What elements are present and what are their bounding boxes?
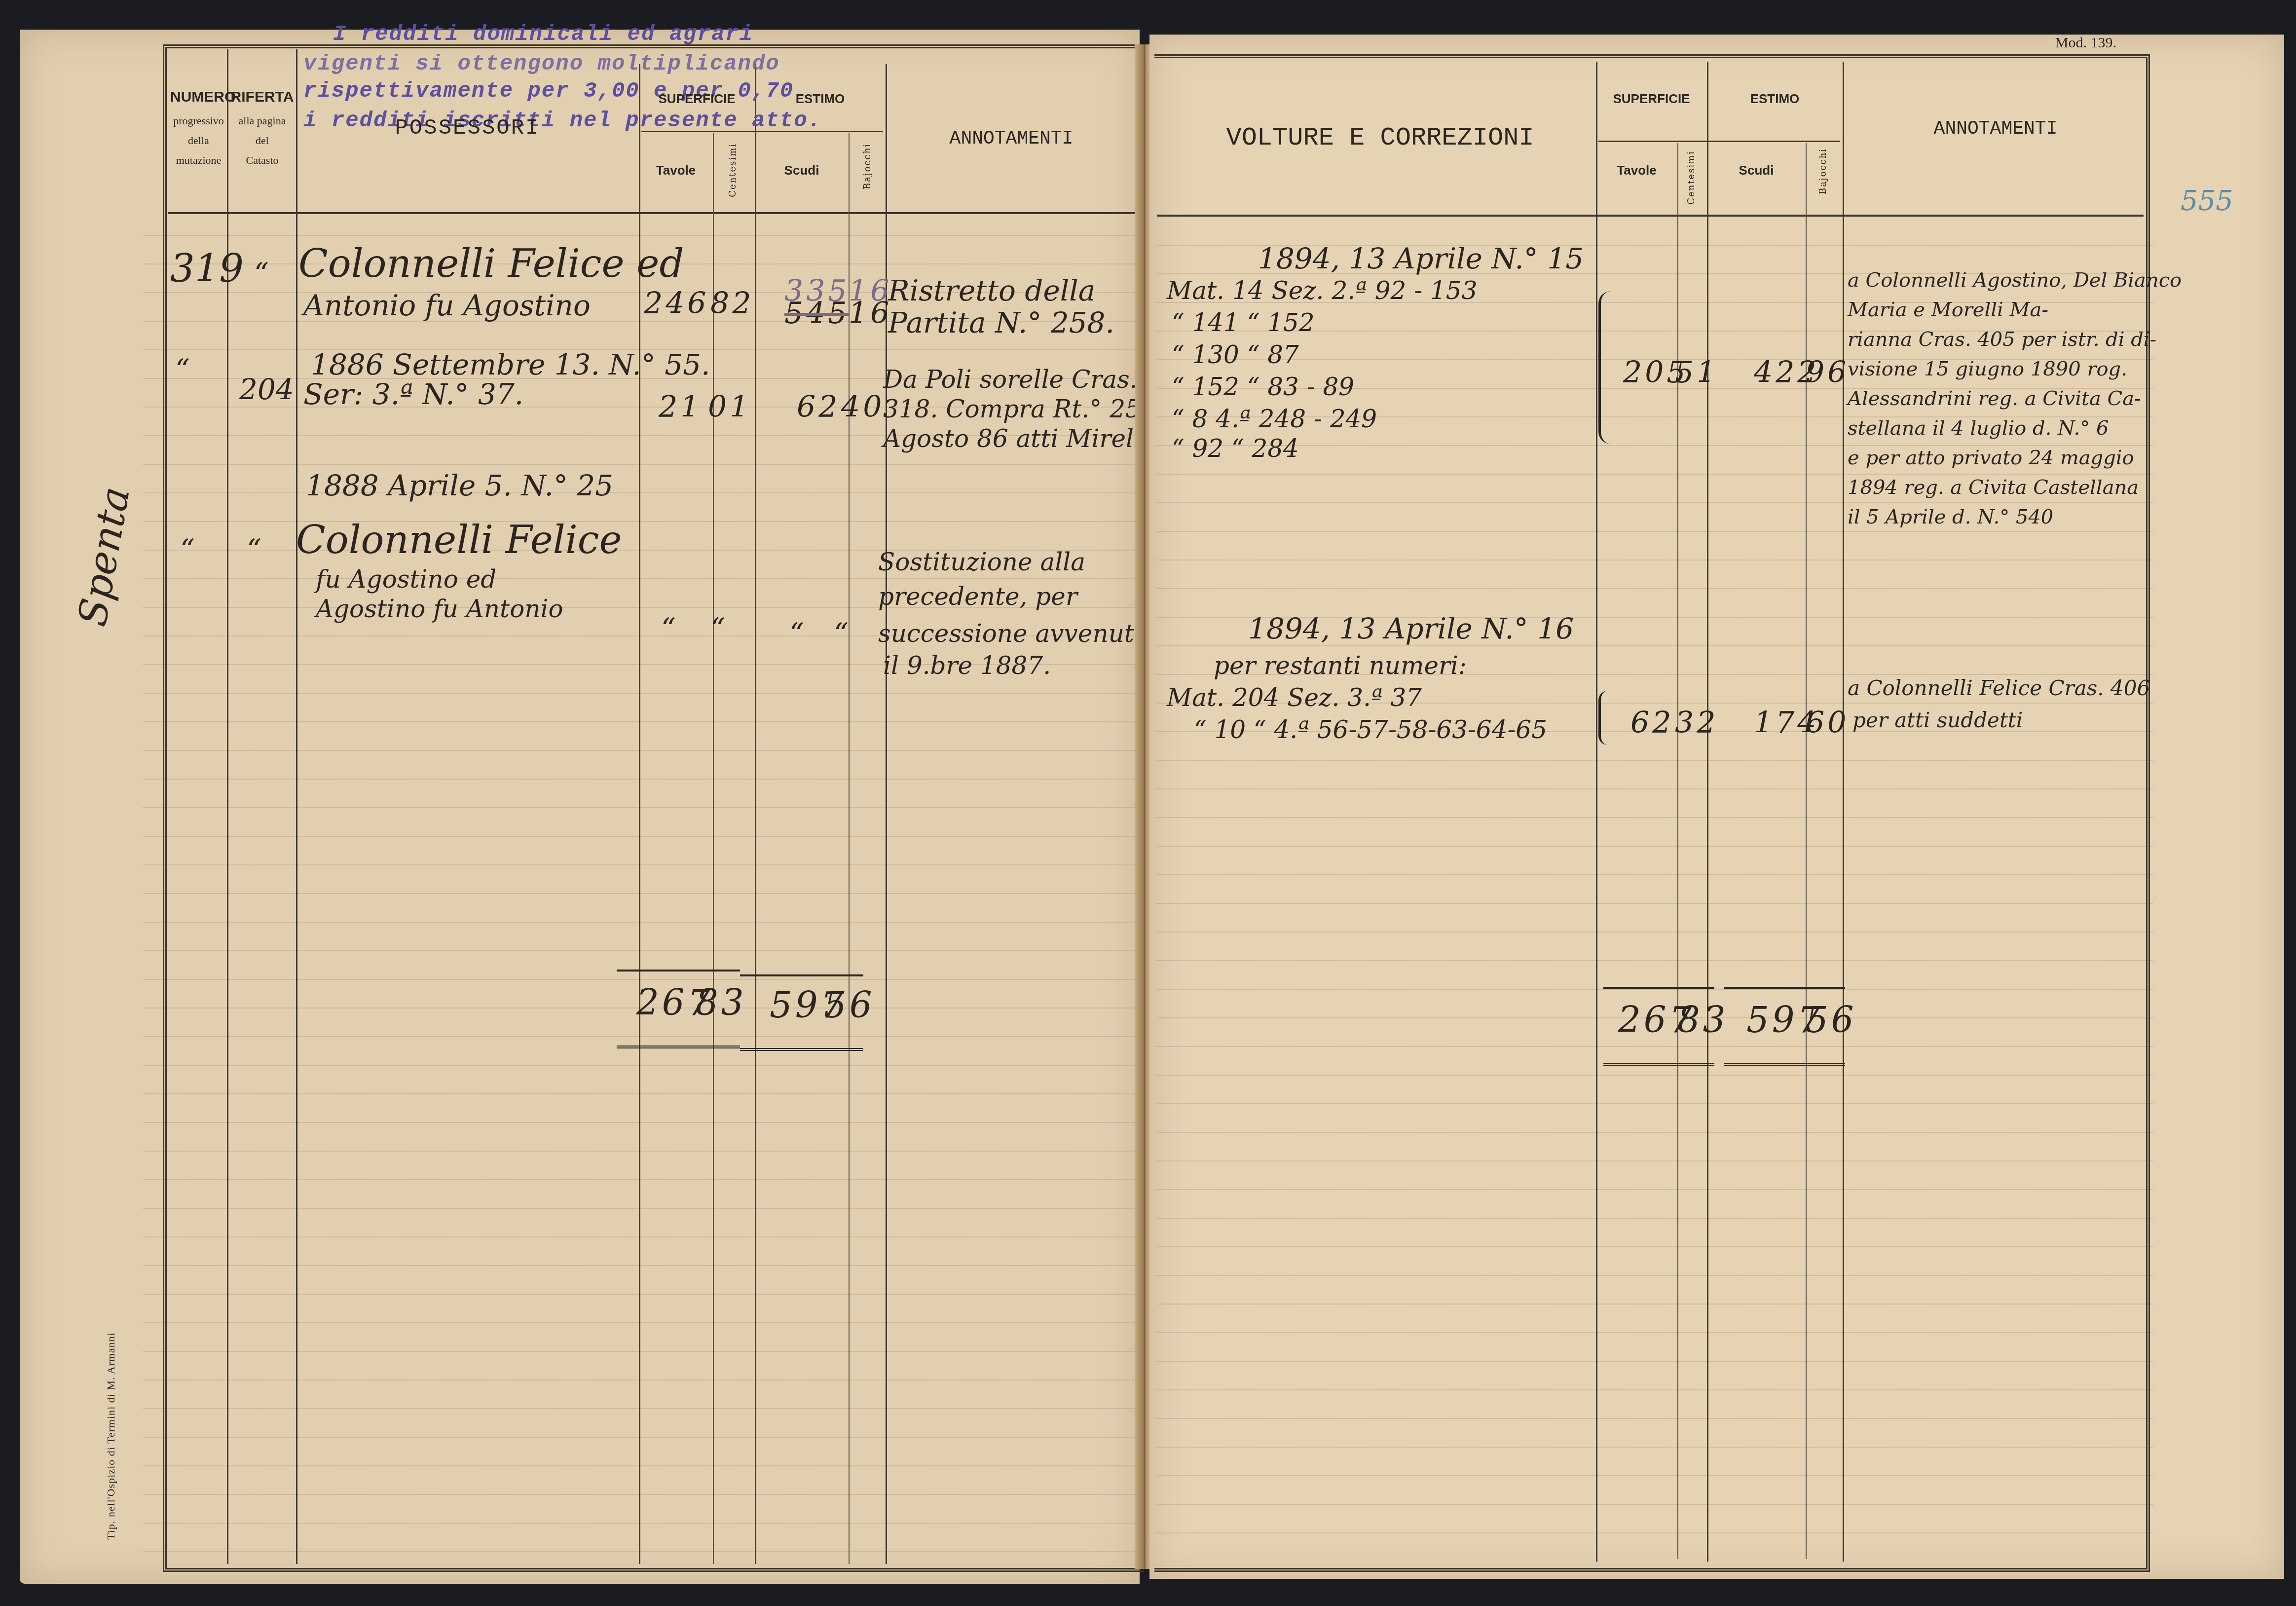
header-numero-sub-2: della <box>168 131 229 150</box>
entry-annotamento-line: successione avvenuta <box>878 619 1149 648</box>
entry-numero: “ <box>175 353 190 386</box>
header-superficie: SUPERFICIE <box>639 91 755 107</box>
entry-centesimi: 01 <box>708 390 751 424</box>
header-centesimi: Centesimi <box>1686 150 1697 205</box>
entry-numero: 319 <box>170 247 244 291</box>
volture-subheading: per restanti numeri: <box>1214 651 1467 680</box>
volture-line: “ 141 “ 152 <box>1172 308 1315 337</box>
annotamento-line: visione 15 giugno 1890 rog. <box>1848 358 2127 380</box>
header-scudi: Scudi <box>1707 163 1806 178</box>
entry-scudi: “ <box>789 617 804 650</box>
entry-tavole: 62 <box>1630 706 1674 740</box>
volture-heading: 1894, 13 Aprile N.° 16 <box>1248 612 1574 645</box>
pencil-page-number: 555 <box>2181 185 2233 217</box>
annotamento-line: stellana il 4 luglio d. N.° 6 <box>1848 417 2109 440</box>
entry-bajocchi: “ <box>834 617 849 650</box>
entry-possessore-line: Agostino fu Antonio <box>316 595 563 623</box>
header-bajocchi: Bajocchi <box>862 143 873 189</box>
header-riferta-sub-2: del <box>228 131 296 150</box>
entry-annotamento-line: 318. Compra Rt.° 25. <box>883 395 1149 423</box>
col-divider <box>1843 62 1844 1562</box>
entry-centesimi: 82 <box>710 286 754 321</box>
entry-tavole: “ <box>661 612 676 645</box>
entry-riferta: “ <box>254 257 269 290</box>
header-estimo: ESTIMO <box>755 91 886 107</box>
stamp-line-2: vigenti si ottengono moltiplicando <box>303 52 780 76</box>
total-bajocchi: 56 <box>824 984 875 1026</box>
header-numero: NUMERO <box>170 89 227 106</box>
col-divider <box>713 133 714 1564</box>
header-riferta-sub-1: alla pagina <box>228 111 296 131</box>
entry-centesimi: 51 <box>1675 355 1718 390</box>
entry-scudi-struck: 545 <box>784 296 850 331</box>
header-volture-correzioni: VOLTURE E CORREZIONI <box>1164 123 1596 152</box>
header-scudi: Scudi <box>755 163 849 178</box>
stamp-line-1: I redditi dominicali ed agrari <box>333 22 753 47</box>
col-divider <box>296 49 297 1564</box>
entry-numero: “ <box>180 533 195 566</box>
annotamento-line: 1894 reg. a Civita Castellana <box>1848 476 2139 499</box>
col-divider <box>849 133 850 1564</box>
entry-annotamento-line: Ristretto della <box>888 274 1095 307</box>
annotamento-line: a Colonnelli Agostino, Del Bianco <box>1848 269 2182 292</box>
entry-bajocchi: 16 <box>849 296 892 331</box>
entry-scudi: 62 <box>797 390 840 424</box>
header-estimo: ESTIMO <box>1707 91 1843 107</box>
annotamento-line: Alessandrini reg. a Civita Ca- <box>1848 387 2141 410</box>
header-riferta-sub: alla pagina del Catasto <box>228 111 296 170</box>
annotamento-line: per atti suddetti <box>1852 708 2023 732</box>
entry-possessore-line: fu Agostino ed <box>316 565 496 594</box>
volture-heading: 1894, 13 Aprile N.° 15 <box>1258 242 1584 275</box>
right-header-bottom-rule <box>1157 215 2144 217</box>
header-numero-sub-3: mutazione <box>168 150 229 170</box>
left-header-bottom-rule <box>168 212 1140 214</box>
total-bajocchi: 56 <box>1806 999 1857 1041</box>
entry-annotamento-line: il 9.bre 1887. <box>883 651 1051 680</box>
header-annotamenti: ANNOTAMENTI <box>886 128 1137 149</box>
entry-riferta: “ <box>247 533 261 566</box>
header-centesimi: Centesimi <box>728 143 738 197</box>
annotamento-line: il 5 Aprile d. N.° 540 <box>1848 506 2053 528</box>
entry-annotamento-line: precedente, per <box>878 582 1077 611</box>
entry-possessore-line: Antonio fu Agostino <box>303 289 591 322</box>
col-divider <box>755 64 756 1564</box>
total-centesimi: 83 <box>696 982 747 1023</box>
annotamento-line: Maria e Morelli Ma- <box>1848 299 2048 321</box>
volture-line: “ 130 “ 87 <box>1172 340 1299 369</box>
bracket-brace <box>1598 291 1611 444</box>
header-annotamenti: ANNOTAMENTI <box>1845 118 2146 140</box>
entry-tavole: 246 <box>644 286 709 321</box>
volture-line: “ 8 4.ª 248 - 249 <box>1172 405 1377 433</box>
entry-centesimi: 32 <box>1675 706 1718 740</box>
entry-possessore-line: Colonnelli Felice ed <box>298 242 684 286</box>
entry-annotamento-line: Sostituzione alla <box>878 548 1085 576</box>
volture-line: “ 92 “ 284 <box>1172 434 1299 463</box>
annotamento-line: e per atto privato 24 maggio <box>1848 447 2134 469</box>
entry-centesimi: “ <box>710 612 725 645</box>
entry-riferta: 204 <box>239 373 294 406</box>
entry-annotamento-line: Da Poli sorelle Cras. <box>883 365 1138 394</box>
header-riferta: RIFERTA <box>228 89 296 106</box>
bracket-brace <box>1598 691 1608 745</box>
volture-line: Mat. 14 Sez. 2.ª 92 - 153 <box>1167 276 1477 305</box>
volture-line: “ 152 “ 83 - 89 <box>1172 373 1354 401</box>
header-possessori: POSSESSORI <box>296 116 639 141</box>
form-model-label: Mod. 139. <box>1939 35 2116 51</box>
header-tavole: Tavole <box>1596 163 1677 178</box>
annotamento-line: rianna Cras. 405 per istr. di di- <box>1848 328 2156 351</box>
entry-possessore-line: 1888 Aprile 5. N.° 25 <box>306 469 613 502</box>
entry-possessore-line: 1886 Settembre 13. N.° 55. <box>311 348 710 381</box>
entry-annotamento-line: Partita N.° 258. <box>888 306 1114 339</box>
header-numero-sub-1: progressivo <box>168 111 229 131</box>
entry-possessore-line: Ser: 3.ª N.° 37. <box>303 377 523 411</box>
header-riferta-sub-3: Catasto <box>228 150 296 170</box>
entry-annotamento-line: Agosto 86 atti Mirelli. <box>883 424 1157 453</box>
entry-bajocchi: 96 <box>1806 355 1849 390</box>
header-numero-sub: progressivo della mutazione <box>168 111 229 170</box>
col-divider <box>1596 62 1597 1562</box>
subheader-rule <box>1598 141 1840 142</box>
volture-line: Mat. 204 Sez. 3.ª 37 <box>1167 683 1422 712</box>
printer-imprint: Tip. nell'Ospizio di Termini di M. Arman… <box>105 1332 117 1540</box>
header-tavole: Tavole <box>639 163 713 178</box>
col-divider <box>1707 62 1708 1562</box>
col-divider <box>639 64 640 1564</box>
entry-tavole: 21 <box>659 390 702 424</box>
entry-bajocchi: 40 <box>841 390 885 424</box>
annotamento-line: a Colonnelli Felice Cras. 406 <box>1848 676 2150 700</box>
entry-possessore-line: Colonnelli Felice <box>296 518 622 562</box>
header-bajocchi: Bajocchi <box>1818 148 1828 194</box>
volture-line: “ 10 “ 4.ª 56-57-58-63-64-65 <box>1194 715 1547 744</box>
total-centesimi: 83 <box>1677 999 1729 1041</box>
entry-bajocchi: 60 <box>1806 706 1849 740</box>
header-superficie: SUPERFICIE <box>1596 91 1707 107</box>
